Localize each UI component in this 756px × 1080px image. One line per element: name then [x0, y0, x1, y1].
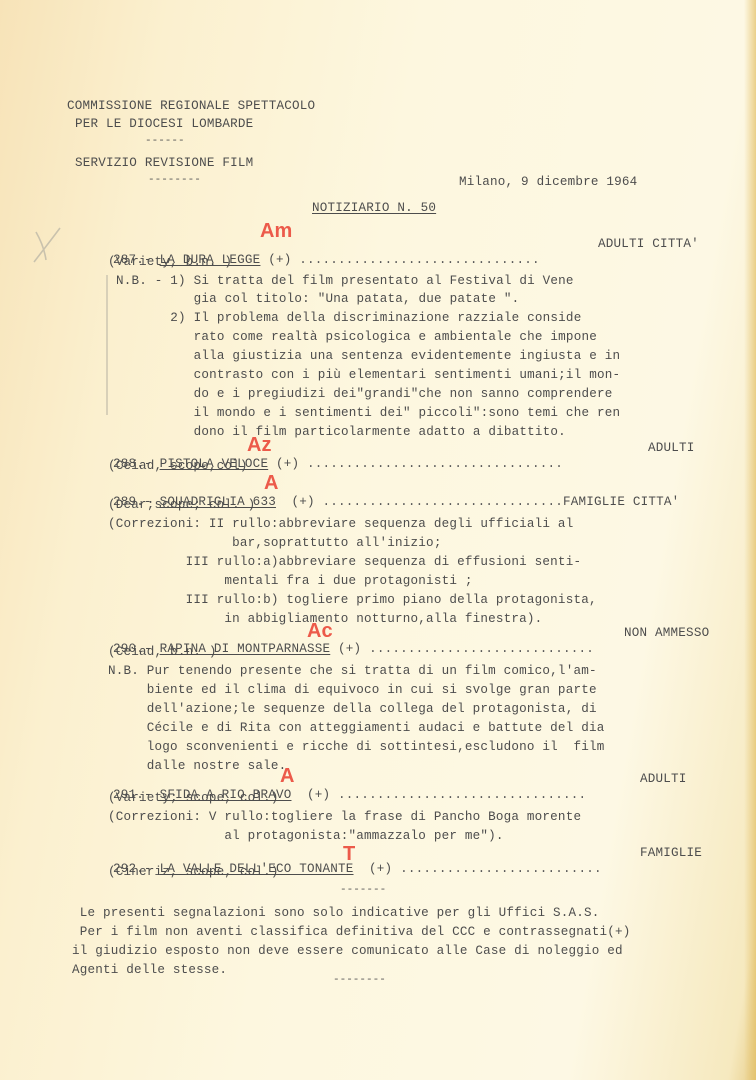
rating-mark: (+) — [276, 457, 299, 471]
footer-line-2: Per i film non aventi classifica definit… — [72, 924, 631, 940]
classification: ADULTI — [640, 771, 687, 787]
handwritten-rating: Az — [247, 434, 271, 457]
classification: ADULTI CITTA' — [598, 236, 699, 252]
handwritten-rating: Am — [260, 220, 292, 243]
classification: NON AMMESSO — [624, 625, 709, 641]
notes-2: 2) Il problema della discriminazione raz… — [116, 310, 581, 326]
document-title: NOTIZIARIO N. 50 — [312, 200, 436, 216]
notes-0: N.B. Pur tenendo presente che si tratta … — [108, 663, 597, 679]
footer-line-3: il giudizio esposto non deve essere comu… — [72, 943, 623, 959]
film-details: (Ceiad, scope,col) — [108, 458, 248, 474]
notes-2: III rullo:a)abbreviare sequenza di effus… — [108, 554, 581, 570]
footer-line-4: Agenti delle stesse. — [72, 962, 227, 978]
header-separator-1: ------ — [145, 135, 185, 147]
rating-mark: (+) — [307, 788, 330, 802]
handwritten-rating: A — [264, 472, 278, 495]
handwritten-rating: Ac — [307, 620, 333, 643]
page-edge — [744, 0, 756, 1080]
notes-0: N.B. - 1) Si tratta del film presentato … — [116, 273, 574, 289]
notes-3: rato come realtà psicologica e ambiental… — [116, 329, 597, 345]
handwritten-rating: T — [343, 843, 355, 866]
rating-mark: (+) — [338, 642, 361, 656]
notes-4: III rullo:b) togliere primo piano della … — [108, 592, 597, 608]
notes-1: biente ed il clima di equivoco in cui si… — [108, 682, 597, 698]
notes-1: al protagonista:"ammazzalo per me"). — [108, 828, 504, 844]
footer-line-1: Le presenti segnalazioni sono solo indic… — [72, 905, 600, 921]
notes-8: dono il film particolarmente adatto a di… — [116, 424, 566, 440]
notes-0: (Correzioni: II rullo:abbreviare sequenz… — [108, 516, 573, 532]
margin-bar — [106, 275, 108, 415]
notes-4: alla giustizia una sentenza evidentement… — [116, 348, 620, 364]
film-details: (Variety, b.n. ) — [108, 254, 232, 270]
document-date: Milano, 9 dicembre 1964 — [459, 174, 637, 190]
header-line-3: SERVIZIO REVISIONE FILM — [75, 155, 253, 171]
notes-7: il mondo e i sentimenti dei" piccoli":so… — [116, 405, 620, 421]
classification: ADULTI — [648, 440, 695, 456]
notes-3: Cécile e di Rita con atteggiamenti audac… — [108, 720, 604, 736]
header-line-2: PER LE DIOCESI LOMBARDE — [75, 116, 253, 132]
margin-x-mark-icon — [30, 226, 64, 264]
header-line-1: COMMISSIONE REGIONALE SPETTACOLO — [67, 98, 315, 114]
notes-3: mentali fra i due protagonisti ; — [108, 573, 473, 589]
film-details: (Dear;scope; col. ) — [108, 497, 255, 513]
film-details: (Variety; scope, col.) — [108, 790, 279, 806]
notes-4: logo sconvenienti e ricche di sottintesi… — [108, 739, 604, 755]
footer-separator-top: ------- — [340, 884, 386, 896]
rating-mark: (+) — [291, 495, 314, 509]
notes-2: dell'azione;le sequenze della collega de… — [108, 701, 597, 717]
notes-5: contrasto con i più elementari sentiment… — [116, 367, 620, 383]
film-details: (Ceiad, b.n. ) — [108, 644, 217, 660]
classification: FAMIGLIE — [640, 845, 702, 861]
notes-0: (Correzioni: V rullo:togliere la frase d… — [108, 809, 581, 825]
film-details: (Cineriz, scope, col.) — [108, 864, 279, 880]
notes-6: do e i pregiudizi dei"grandi"che non san… — [116, 386, 612, 402]
rating-mark: (+) — [268, 253, 291, 267]
notes-1: bar,soprattutto all'inizio; — [108, 535, 442, 551]
handwritten-rating: A — [280, 765, 294, 788]
notes-1: gia col titolo: "Una patata, due patate … — [116, 291, 519, 307]
header-separator-2: -------- — [148, 174, 201, 186]
rating-mark: (+) — [369, 862, 392, 876]
classification: FAMIGLIE CITTA' — [563, 495, 679, 509]
footer-separator-bottom: -------- — [333, 974, 386, 986]
